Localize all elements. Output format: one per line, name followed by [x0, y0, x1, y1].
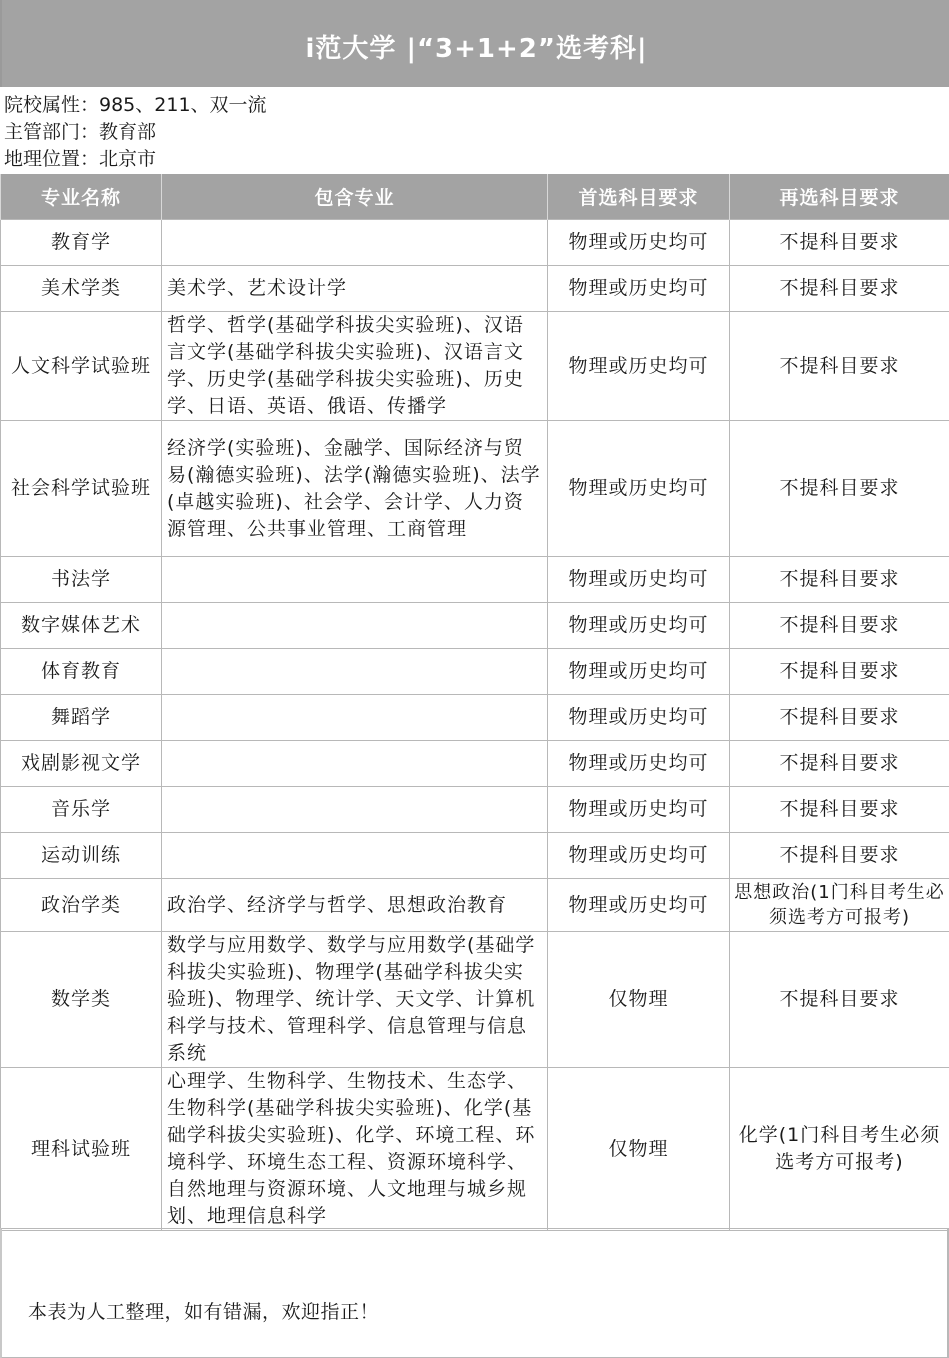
- first-choice-requirement: 物理或历史均可: [548, 220, 730, 266]
- title-bar: i范大学 |“3+1+2”选考科|: [0, 0, 949, 87]
- header-major-name: 专业名称: [1, 174, 162, 220]
- included-majors: 美术学、艺术设计学: [162, 266, 548, 312]
- table-row: 数学类 数学与应用数学、数学与应用数学(基础学科拔尖实验班)、物理学(基础学科拔…: [1, 932, 949, 1068]
- header-second-choice-requirement: 再选科目要求: [730, 174, 949, 220]
- included-majors: 心理学、生物科学、生物技术、生态学、生物科学(基础学科拔尖实验班)、化学(基础学…: [162, 1068, 548, 1231]
- second-choice-requirement: 不提科目要求: [730, 421, 949, 557]
- first-choice-requirement: 物理或历史均可: [548, 312, 730, 421]
- included-majors: 哲学、哲学(基础学科拔尖实验班)、汉语言文学(基础学科拔尖实验班)、汉语言文学、…: [162, 312, 548, 421]
- included-majors: 政治学、经济学与哲学、思想政治教育: [162, 879, 548, 932]
- table-row: 数字媒体艺术 物理或历史均可 不提科目要求: [1, 603, 949, 649]
- second-choice-requirement: 不提科目要求: [730, 266, 949, 312]
- included-majors: [162, 695, 548, 741]
- second-choice-requirement: 不提科目要求: [730, 220, 949, 266]
- major-name: 数学类: [1, 932, 162, 1068]
- table-row: 书法学 物理或历史均可 不提科目要求: [1, 557, 949, 603]
- major-name: 美术学类: [1, 266, 162, 312]
- second-choice-requirement: 不提科目要求: [730, 695, 949, 741]
- first-choice-requirement: 物理或历史均可: [548, 421, 730, 557]
- first-choice-requirement: 仅物理: [548, 1068, 730, 1231]
- table-row: 体育教育 物理或历史均可 不提科目要求: [1, 649, 949, 695]
- major-name: 运动训练: [1, 833, 162, 879]
- first-choice-requirement: 物理或历史均可: [548, 603, 730, 649]
- first-choice-requirement: 物理或历史均可: [548, 787, 730, 833]
- included-majors: [162, 557, 548, 603]
- table-row: 运动训练 物理或历史均可 不提科目要求: [1, 833, 949, 879]
- header-first-choice-requirement: 首选科目要求: [548, 174, 730, 220]
- major-name: 舞蹈学: [1, 695, 162, 741]
- major-name: 音乐学: [1, 787, 162, 833]
- first-choice-requirement: 物理或历史均可: [548, 741, 730, 787]
- second-choice-requirement: 不提科目要求: [730, 603, 949, 649]
- major-name: 政治学类: [1, 879, 162, 932]
- table-row: 社会科学试验班 经济学(实验班)、金融学、国际经济与贸易(瀚德实验班)、法学(瀚…: [1, 421, 949, 557]
- included-majors: [162, 603, 548, 649]
- page-title: i范大学 |“3+1+2”选考科|: [306, 22, 648, 65]
- second-choice-requirement: 不提科目要求: [730, 833, 949, 879]
- second-choice-requirement: 思想政治(1门科目考生必须选考方可报考): [730, 879, 949, 932]
- first-choice-requirement: 仅物理: [548, 932, 730, 1068]
- major-name: 书法学: [1, 557, 162, 603]
- table-row: 政治学类 政治学、经济学与哲学、思想政治教育 物理或历史均可 思想政治(1门科目…: [1, 879, 949, 932]
- table-row: 舞蹈学 物理或历史均可 不提科目要求: [1, 695, 949, 741]
- major-name: 戏剧影视文学: [1, 741, 162, 787]
- second-choice-requirement: 化学(1门科目考生必须选考方可报考): [730, 1068, 949, 1231]
- major-name: 教育学: [1, 220, 162, 266]
- footer-box: 本表为人工整理，如有错漏，欢迎指正！: [0, 1228, 949, 1358]
- included-majors: [162, 220, 548, 266]
- first-choice-requirement: 物理或历史均可: [548, 695, 730, 741]
- major-name: 理科试验班: [1, 1068, 162, 1231]
- first-choice-requirement: 物理或历史均可: [548, 879, 730, 932]
- geographic-location: 地理位置：北京市: [4, 146, 267, 173]
- included-majors: [162, 741, 548, 787]
- second-choice-requirement: 不提科目要求: [730, 649, 949, 695]
- second-choice-requirement: 不提科目要求: [730, 741, 949, 787]
- second-choice-requirement: 不提科目要求: [730, 932, 949, 1068]
- first-choice-requirement: 物理或历史均可: [548, 557, 730, 603]
- table-row: 音乐学 物理或历史均可 不提科目要求: [1, 787, 949, 833]
- included-majors: 经济学(实验班)、金融学、国际经济与贸易(瀚德实验班)、法学(瀚德实验班)、法学…: [162, 421, 548, 557]
- school-info: 院校属性：985、211、双一流 主管部门：教育部 地理位置：北京市: [4, 92, 267, 173]
- second-choice-requirement: 不提科目要求: [730, 312, 949, 421]
- included-majors: [162, 833, 548, 879]
- included-majors: [162, 787, 548, 833]
- major-name: 体育教育: [1, 649, 162, 695]
- first-choice-requirement: 物理或历史均可: [548, 833, 730, 879]
- first-choice-requirement: 物理或历史均可: [548, 266, 730, 312]
- major-name: 社会科学试验班: [1, 421, 162, 557]
- second-choice-requirement: 不提科目要求: [730, 787, 949, 833]
- supervising-department: 主管部门：教育部: [4, 119, 267, 146]
- table-row: 理科试验班 心理学、生物科学、生物技术、生态学、生物科学(基础学科拔尖实验班)、…: [1, 1068, 949, 1231]
- included-majors: 数学与应用数学、数学与应用数学(基础学科拔尖实验班)、物理学(基础学科拔尖实验班…: [162, 932, 548, 1068]
- second-choice-requirement: 不提科目要求: [730, 557, 949, 603]
- subject-requirements-table: 专业名称 包含专业 首选科目要求 再选科目要求 教育学 物理或历史均可 不提科目…: [0, 174, 949, 1231]
- footer-note: 本表为人工整理，如有错漏，欢迎指正！: [28, 1297, 379, 1324]
- major-name: 人文科学试验班: [1, 312, 162, 421]
- header-included-majors: 包含专业: [162, 174, 548, 220]
- table-row: 人文科学试验班 哲学、哲学(基础学科拔尖实验班)、汉语言文学(基础学科拔尖实验班…: [1, 312, 949, 421]
- included-majors: [162, 649, 548, 695]
- table-header-row: 专业名称 包含专业 首选科目要求 再选科目要求: [1, 174, 949, 220]
- first-choice-requirement: 物理或历史均可: [548, 649, 730, 695]
- school-attributes: 院校属性：985、211、双一流: [4, 92, 267, 119]
- table-row: 美术学类 美术学、艺术设计学 物理或历史均可 不提科目要求: [1, 266, 949, 312]
- table-row: 教育学 物理或历史均可 不提科目要求: [1, 220, 949, 266]
- major-name: 数字媒体艺术: [1, 603, 162, 649]
- table-row: 戏剧影视文学 物理或历史均可 不提科目要求: [1, 741, 949, 787]
